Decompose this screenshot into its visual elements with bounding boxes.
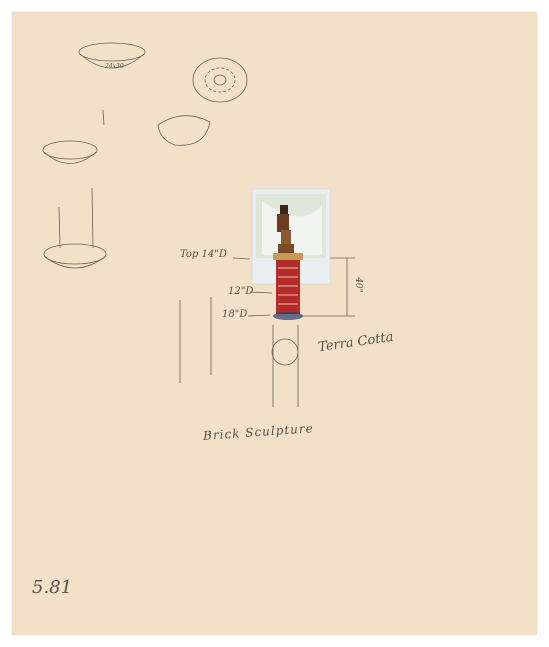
middle-diameter-label: 12"D bbox=[228, 286, 253, 297]
height-label: 40" bbox=[353, 277, 363, 293]
sketch-small-label: 24x30 bbox=[105, 63, 124, 70]
sketch-drawings bbox=[0, 0, 549, 647]
sculpture-photo-collage bbox=[252, 189, 330, 320]
date-label: 5.81 bbox=[32, 577, 72, 598]
base-diameter-label: 18"D bbox=[222, 309, 247, 320]
top-diameter-label: Top 14"D bbox=[180, 249, 227, 260]
